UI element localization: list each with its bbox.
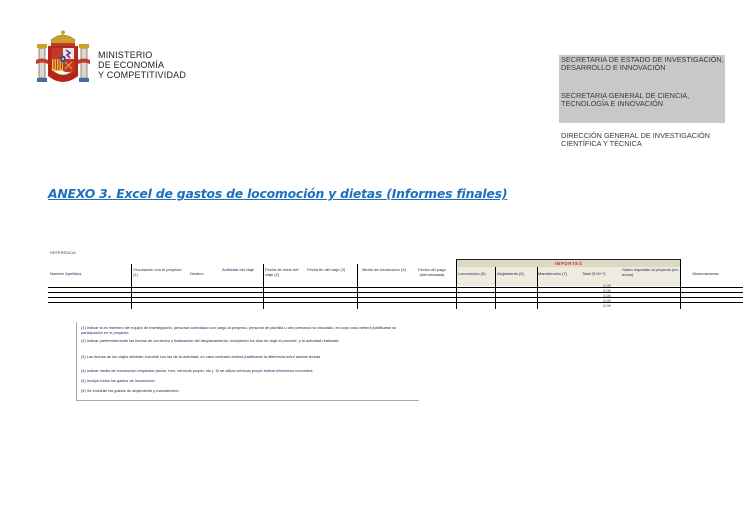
column-header: Fecha fin del viaje (3) (307, 268, 352, 273)
column-header: Total (5+6+7) (582, 272, 616, 277)
column-header: Actividad del viaje (222, 268, 258, 273)
footnote-2: (2) Indicar preferentemente las fechas d… (81, 339, 413, 344)
column-header: Vinculación con el proyecto (1) (133, 268, 185, 277)
row-divider (48, 287, 743, 288)
footnote-5: (5) Incluye todos los gastos de locomoci… (81, 379, 413, 384)
total-cell: 0,00 (600, 284, 614, 288)
row-divider (48, 302, 743, 303)
total-cell: 0,00 (600, 299, 614, 303)
column-header: Manutención (7) (538, 272, 578, 277)
table-caption: REFERENCIA (50, 251, 76, 256)
total-cell: 0,00 (600, 294, 614, 298)
column-header: Nombre Apellidos (50, 272, 120, 277)
expenses-table: REFERENCIA IMPORTES Nombre ApellidosVinc… (0, 0, 750, 530)
total-cell: 0,00 (600, 289, 614, 293)
column-header: Alojamiento (6) (497, 272, 537, 277)
row-divider (48, 297, 743, 298)
importes-group-header: IMPORTES (457, 261, 680, 266)
column-header: Destino (190, 272, 216, 277)
footnote-3: (3) Las fechas de los viajes deberán coi… (81, 355, 413, 360)
column-header: Medio de locomoción (4) (360, 268, 408, 273)
column-header: Observaciones (692, 272, 732, 277)
column-header: Gasto imputado al proyecto (en euros) (622, 268, 678, 277)
column-header: Fecha del pago (dd/mm/aaaa) (410, 268, 454, 277)
footnotes-box: (1) Indicar si es miembro del equipo de … (76, 322, 419, 401)
column-header: Fecha de inicio del viaje (2) (265, 268, 307, 277)
footnote-6: (6) Se incluirán los gastos de alojamien… (81, 389, 413, 394)
total-cell: 0,00 (600, 304, 614, 308)
footnote-4: (4) Indicar medio de locomoción empleado… (81, 369, 413, 374)
footnote-1: (1) Indicar si es miembro del equipo de … (81, 326, 413, 335)
row-divider (48, 292, 743, 293)
column-header: Locomoción (5) (458, 272, 496, 277)
